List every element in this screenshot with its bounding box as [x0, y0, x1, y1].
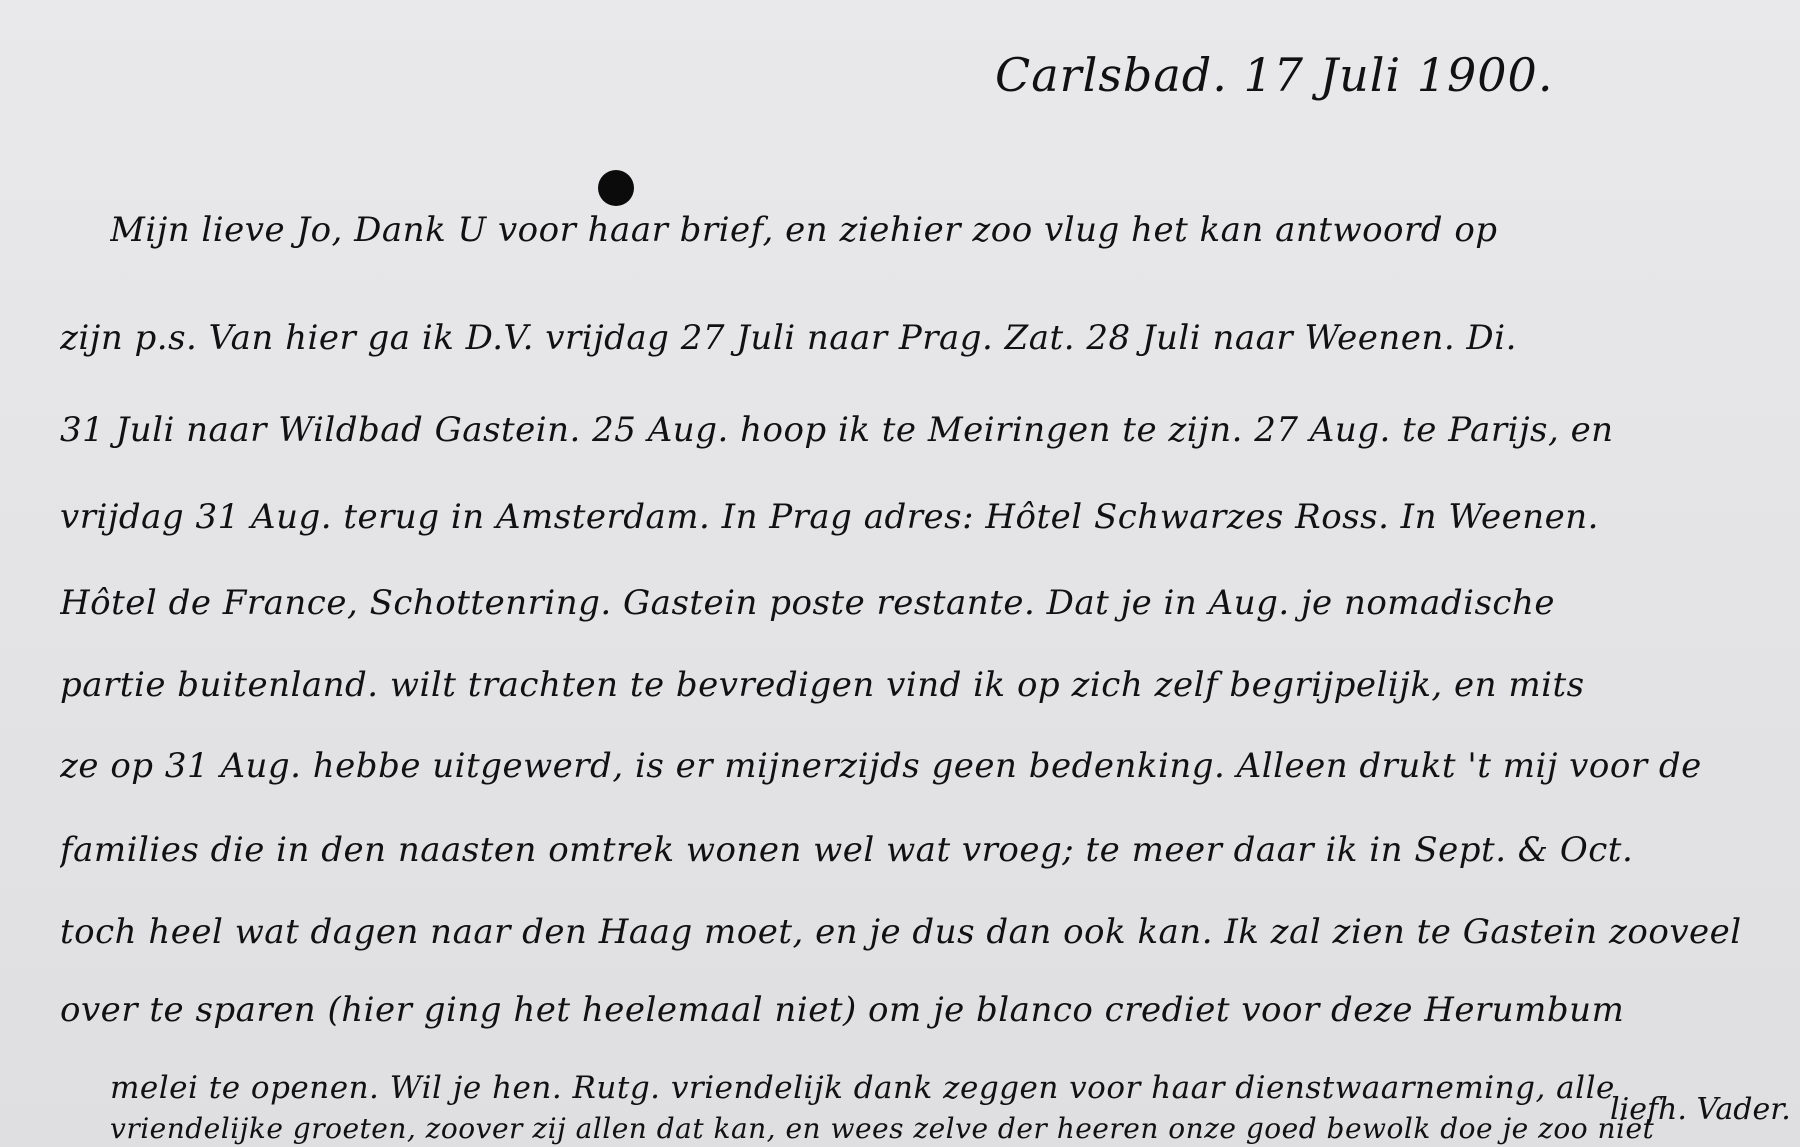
letter-line-3: 31 Juli naar Wildbad Gastein. 25 Aug. ho… — [60, 410, 1780, 450]
letter-line-2: zijn p.s. Van hier ga ik D.V. vrijdag 27… — [60, 318, 1780, 358]
letter-line-1: Mijn lieve Jo, Dank U voor haar brief, e… — [110, 210, 1800, 250]
letter-line-9: toch heel wat dagen naar den Haag moet, … — [60, 912, 1780, 952]
letter-line-11: melei te openen. Wil je hen. Rutg. vrien… — [110, 1070, 1800, 1106]
letter-line-4: vrijdag 31 Aug. terug in Amsterdam. In P… — [60, 497, 1780, 537]
letter-line-5: Hôtel de France, Schottenring. Gastein p… — [60, 583, 1780, 623]
letter-line-6: partie buitenland. wilt trachten te bevr… — [60, 665, 1780, 705]
punch-hole-mark — [598, 170, 634, 206]
letter-signature: liefh. Vader. — [1610, 1092, 1791, 1127]
letter-line-12: vriendelijke groeten, zoover zij allen d… — [110, 1112, 1800, 1145]
place-date-heading: Carlsbad. 17 Juli 1900. — [995, 48, 1553, 102]
letter-line-8: families die in den naasten omtrek wonen… — [60, 830, 1780, 870]
letter-line-7: ze op 31 Aug. hebbe uitgewerd, is er mij… — [60, 746, 1780, 786]
letter-page: Carlsbad. 17 Juli 1900. Mijn lieve Jo, D… — [0, 0, 1800, 1147]
letter-line-10: over te sparen (hier ging het heelemaal … — [60, 990, 1780, 1030]
